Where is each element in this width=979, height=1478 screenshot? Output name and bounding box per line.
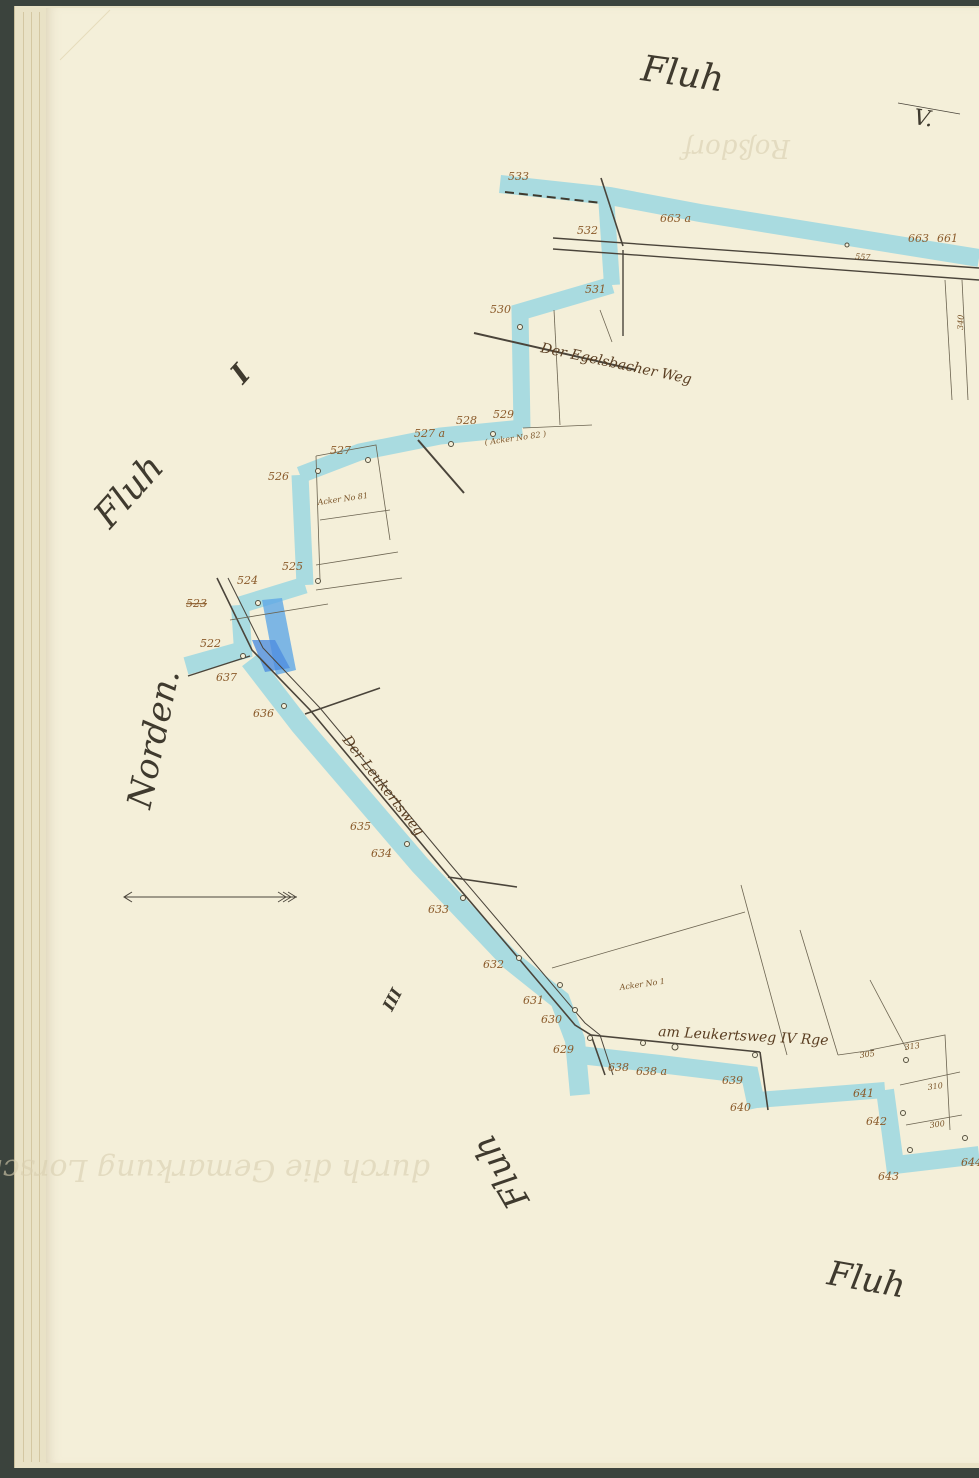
bleed-through-text: Roßdorf	[679, 133, 791, 163]
boundary-point-numbers: 533 532 531 530 529 528 527 a 527 526 52…	[186, 170, 979, 1183]
roads	[188, 178, 979, 1110]
parcel-note-305: 305	[859, 1049, 875, 1060]
point-643: 643	[878, 1170, 899, 1183]
point-531: 531	[585, 283, 606, 296]
point-639: 639	[722, 1074, 743, 1087]
bleed-through-text: durch die Gemarkung Lorsch	[0, 1152, 430, 1187]
point-637: 637	[216, 671, 237, 684]
boundary-band	[186, 184, 979, 1165]
north-label: Norden.	[119, 666, 188, 813]
point-636: 636	[253, 707, 274, 720]
flur-label-bottom-right: Fluh	[823, 1253, 908, 1306]
point-638: 638	[608, 1061, 629, 1074]
point-528: 528	[456, 414, 477, 427]
parcel-note-340: 340	[956, 314, 966, 330]
point-524: 524	[237, 574, 258, 587]
flur-label-left: Fluh	[86, 447, 173, 537]
flur-label-top: Fluh	[638, 48, 727, 100]
point-661: 661	[937, 232, 958, 245]
flur-label-bottom-left: Fluh	[464, 1128, 538, 1217]
point-634: 634	[371, 847, 392, 860]
point-663a: 663 a	[660, 212, 691, 225]
point-640: 640	[730, 1101, 751, 1114]
point-527: 527	[330, 444, 351, 457]
point-522: 522	[200, 637, 221, 650]
point-523: 523	[186, 597, 207, 610]
parcel-note-557: 557	[855, 252, 872, 262]
point-631: 631	[523, 994, 544, 1007]
point-644: 644	[961, 1156, 979, 1169]
point-642: 642	[866, 1115, 887, 1128]
point-629: 629	[553, 1043, 574, 1056]
point-529: 529	[493, 408, 514, 421]
road-label-am-leukertsweg: am Leukertsweg IV Rge	[658, 1024, 829, 1049]
parcel-note-313: 313	[904, 1041, 920, 1052]
point-525: 525	[282, 560, 303, 573]
point-527a: 527 a	[414, 427, 445, 440]
point-630: 630	[541, 1013, 562, 1026]
parcel-note-acker-81: Acker No 81	[316, 491, 368, 507]
parcel-note-310: 310	[927, 1081, 943, 1092]
page-fold-line	[60, 10, 110, 60]
point-632: 632	[483, 958, 504, 971]
flur-numeral-top: V.	[912, 105, 934, 132]
north-arrow-icon	[124, 892, 297, 902]
point-526: 526	[268, 470, 289, 483]
point-663: 663	[908, 232, 929, 245]
parcel-note-300: 300	[929, 1119, 945, 1130]
point-641: 641	[853, 1087, 874, 1100]
flur-numeral-left: I	[223, 357, 258, 390]
point-633: 633	[428, 903, 449, 916]
parcel-lines	[230, 280, 968, 1130]
point-532: 532	[577, 224, 598, 237]
point-530: 530	[490, 303, 511, 316]
parcel-note-acker-1: Acker No 1	[618, 977, 665, 992]
road-label-egelsbacher: Der Egelsbacher Weg	[538, 340, 693, 388]
cadastral-map: Roßdorf durch die Gemarkung Lorsch	[0, 0, 979, 1478]
flur-numeral-bottom-left: III	[378, 985, 406, 1015]
point-533: 533	[508, 170, 529, 183]
point-635: 635	[350, 820, 371, 833]
point-638a: 638 a	[636, 1065, 667, 1078]
